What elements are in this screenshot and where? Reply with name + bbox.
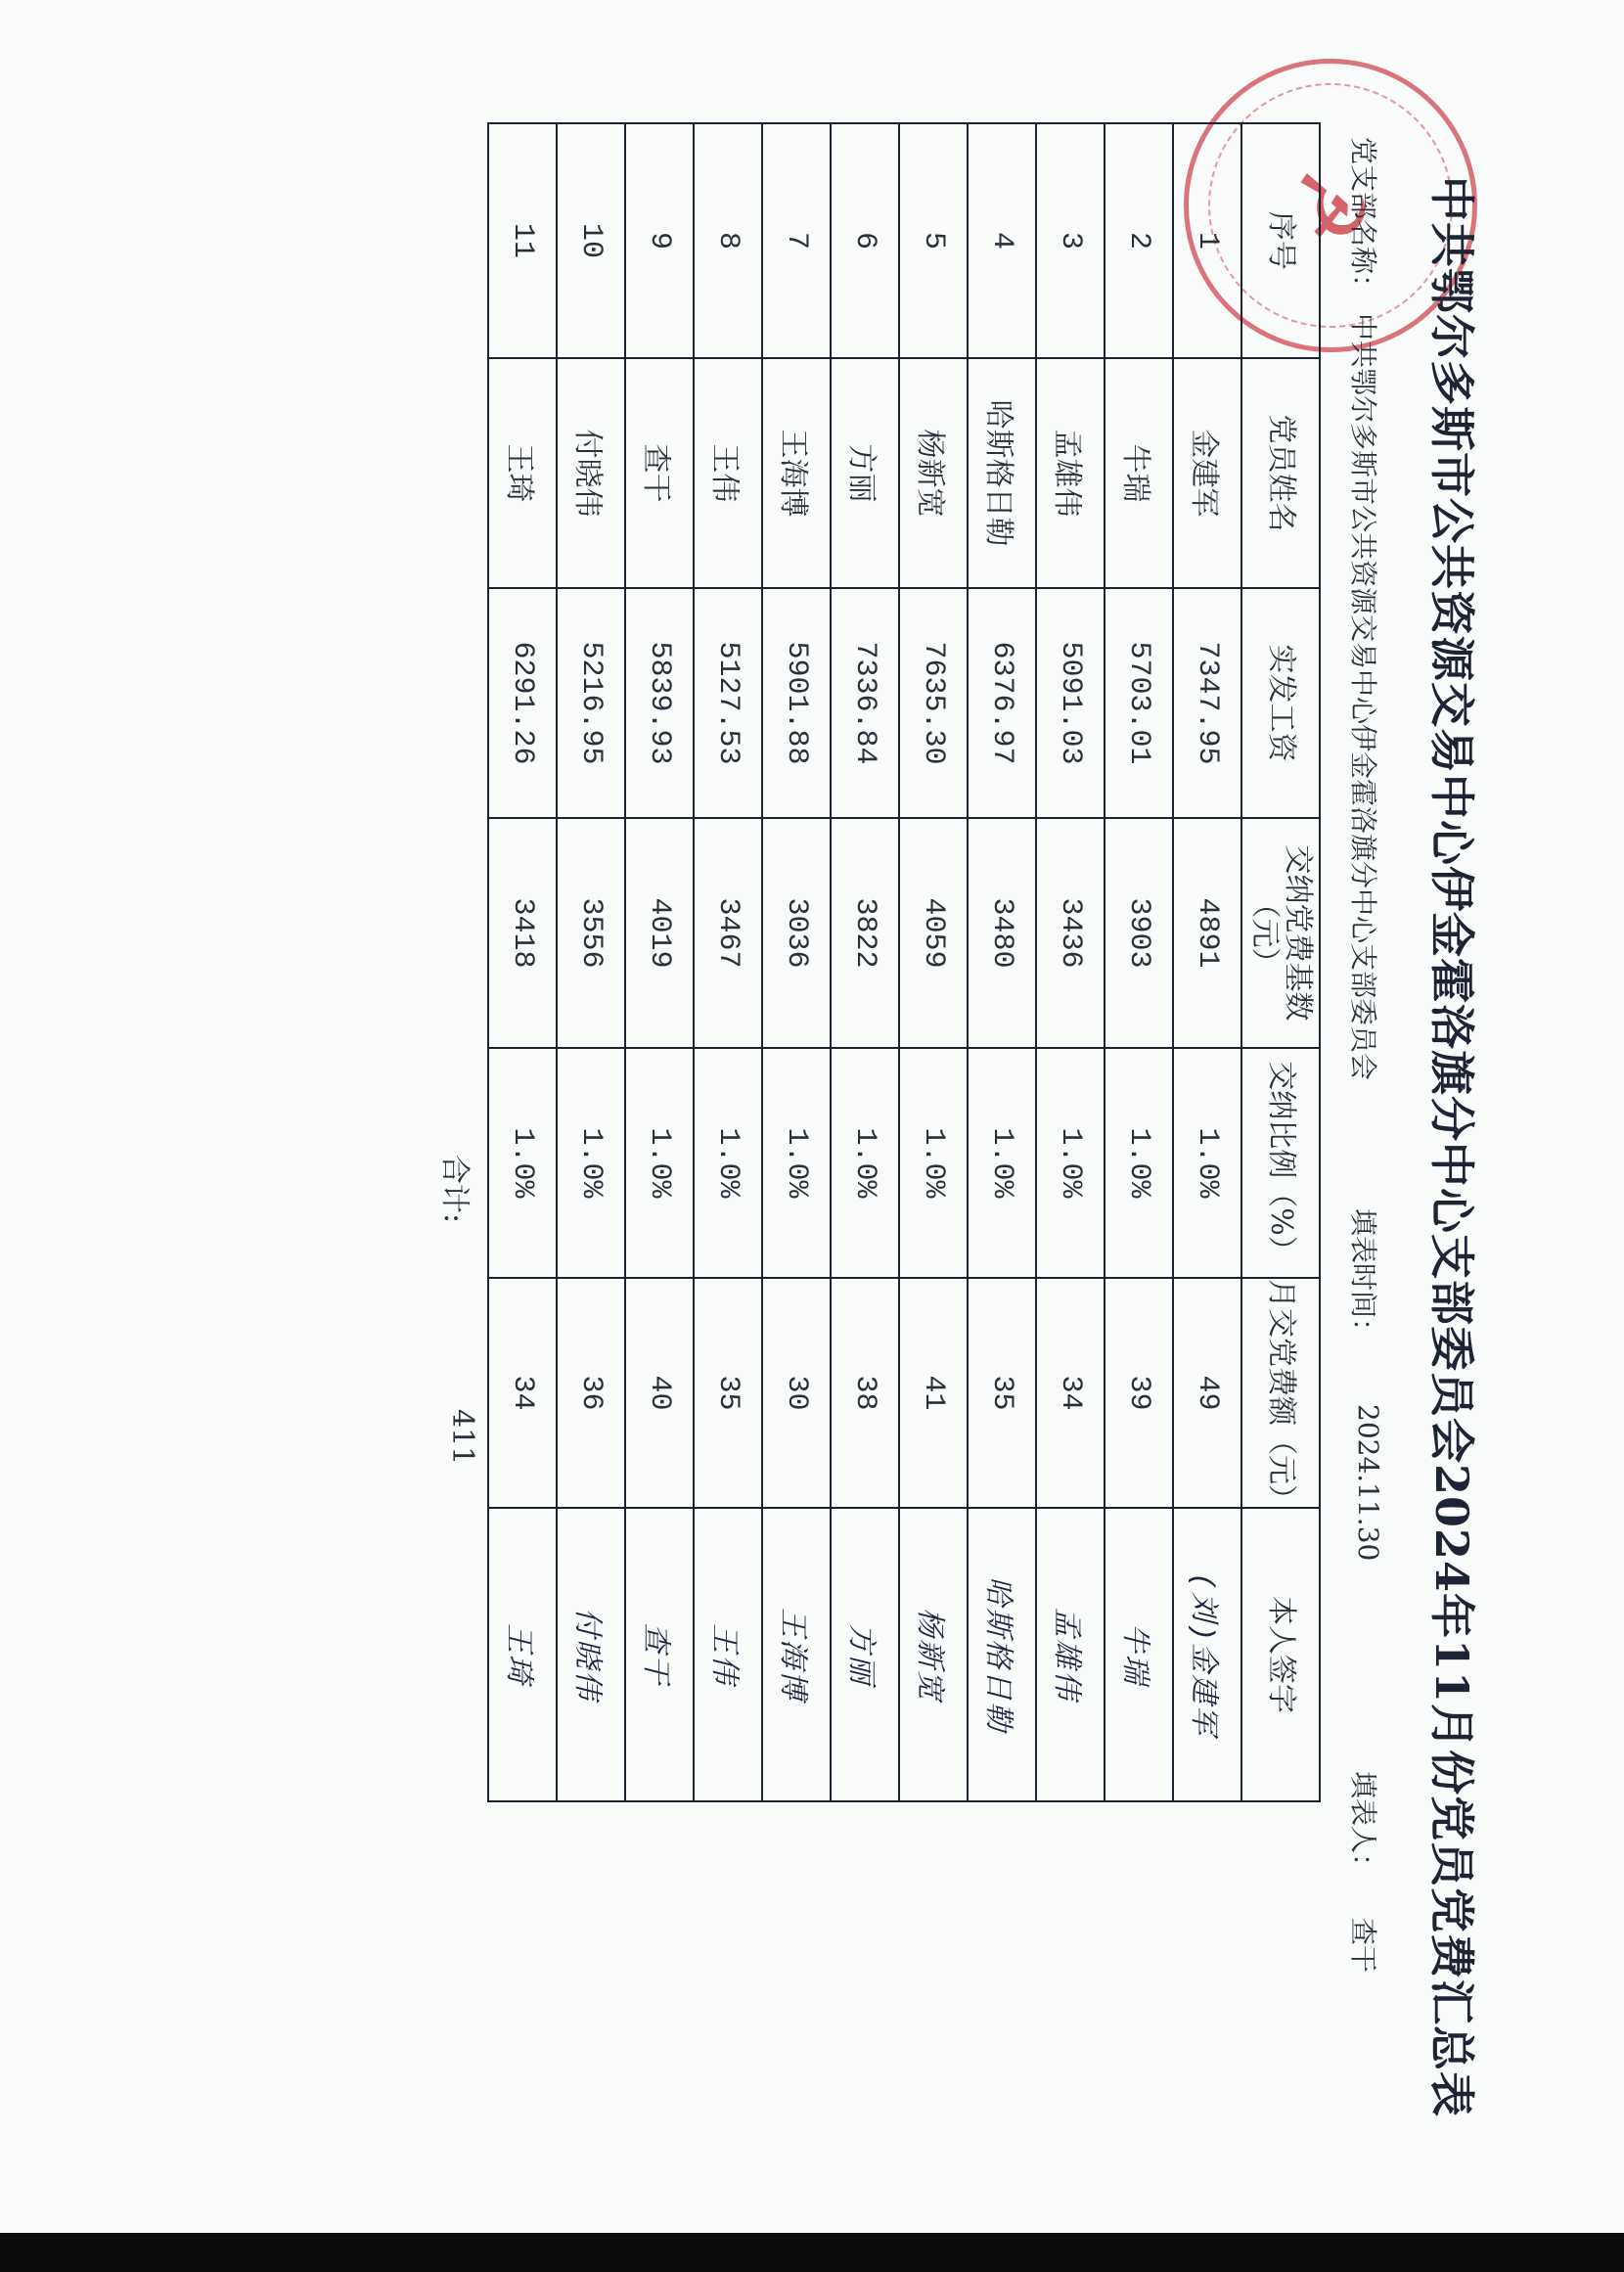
salary-cell: 5216.95	[557, 588, 625, 818]
header-base: 交纳党费基数（元）	[1241, 818, 1320, 1048]
signature-cell: 杨新宽	[899, 1508, 968, 1801]
fee-rate-cell: 1.0%	[694, 1048, 762, 1278]
row-number-cell: 7	[762, 123, 831, 358]
fill-date: 2024.11.30	[1352, 1404, 1384, 1561]
member-name-cell: 查干	[625, 358, 694, 588]
total-value: 411	[445, 1409, 479, 1465]
row-number-cell: 5	[899, 123, 968, 358]
party-fee-table: 序号 党员姓名 实发工资 交纳党费基数（元） 交纳比例（%） 月交党费额（元） …	[487, 122, 1321, 1802]
fee-base-cell: 3480	[968, 818, 1036, 1048]
member-name-cell: 王琦	[488, 358, 557, 588]
fee-base-cell: 3418	[488, 818, 557, 1048]
fee-rate-cell: 1.0%	[899, 1048, 968, 1278]
filler-name: 查干	[1345, 1918, 1384, 1973]
signature-cell: 牛瑞	[1105, 1508, 1173, 1801]
table-row: 9查干5839.9340191.0%40查干	[625, 123, 694, 1801]
fee-base-cell: 3467	[694, 818, 762, 1048]
scan-edge-band	[0, 2233, 1624, 2272]
signature-cell: 王伟	[694, 1508, 762, 1801]
member-name-cell: 付晓伟	[557, 358, 625, 588]
table-row: 1金建军7347.9548911.0%49(刘)金建军	[1173, 123, 1241, 1801]
salary-cell: 5703.01	[1105, 588, 1173, 818]
table-row: 2牛瑞5703.0139031.0%39牛瑞	[1105, 123, 1173, 1801]
salary-cell: 7347.95	[1173, 588, 1241, 818]
header-fee: 月交党费额（元）	[1241, 1278, 1320, 1508]
member-name-cell: 哈斯格日勒	[968, 358, 1036, 588]
table-row: 8王伟5127.5334671.0%35王伟	[694, 123, 762, 1801]
salary-cell: 5091.03	[1036, 588, 1105, 818]
fee-base-cell: 4019	[625, 818, 694, 1048]
signature-cell: 王琦	[488, 1508, 557, 1801]
table-row: 10付晓伟5216.9535561.0%36付晓伟	[557, 123, 625, 1801]
fill-date-label: 填表时间：	[1345, 1208, 1384, 1345]
monthly-fee-cell: 36	[557, 1278, 625, 1508]
fee-base-cell: 4059	[899, 818, 968, 1048]
signature-cell: 王海博	[762, 1508, 831, 1801]
row-number-cell: 6	[831, 123, 899, 358]
header-rate: 交纳比例（%）	[1241, 1048, 1320, 1278]
monthly-fee-cell: 41	[899, 1278, 968, 1508]
salary-cell: 5901.88	[762, 588, 831, 818]
row-number-cell: 10	[557, 123, 625, 358]
fee-rate-cell: 1.0%	[1036, 1048, 1105, 1278]
fee-rate-cell: 1.0%	[557, 1048, 625, 1278]
fee-rate-cell: 1.0%	[625, 1048, 694, 1278]
salary-cell: 6376.97	[968, 588, 1036, 818]
fee-rate-cell: 1.0%	[968, 1048, 1036, 1278]
monthly-fee-cell: 39	[1105, 1278, 1173, 1508]
fee-rate-cell: 1.0%	[1105, 1048, 1173, 1278]
header-salary: 实发工资	[1241, 588, 1320, 818]
signature-cell: 方丽	[831, 1508, 899, 1801]
fee-rate-cell: 1.0%	[831, 1048, 899, 1278]
table-row: 4哈斯格日勒6376.9734801.0%35哈斯格日勒	[968, 123, 1036, 1801]
monthly-fee-cell: 35	[968, 1278, 1036, 1508]
header-signature: 本人签字	[1241, 1508, 1320, 1801]
signature-cell: 哈斯格日勒	[968, 1508, 1036, 1801]
fee-base-cell: 3436	[1036, 818, 1105, 1048]
signature-cell: 查干	[625, 1508, 694, 1801]
fee-rate-cell: 1.0%	[488, 1048, 557, 1278]
table-header-row: 序号 党员姓名 实发工资 交纳党费基数（元） 交纳比例（%） 月交党费额（元） …	[1241, 123, 1320, 1801]
header-name: 党员姓名	[1241, 358, 1320, 588]
row-number-cell: 11	[488, 123, 557, 358]
row-number-cell: 1	[1173, 123, 1241, 358]
table-row: 11王琦6291.2634181.0%34王琦	[488, 123, 557, 1801]
monthly-fee-cell: 30	[762, 1278, 831, 1508]
branch-label: 党支部名称：	[1345, 137, 1384, 301]
member-name-cell: 金建军	[1173, 358, 1241, 588]
document-title: 中共鄂尔多斯市公共资源交易中心伊金霍洛旗分中心支部委员会2024年11月份党员党…	[1422, 176, 1487, 2035]
member-name-cell: 方丽	[831, 358, 899, 588]
row-number-cell: 8	[694, 123, 762, 358]
salary-cell: 7336.84	[831, 588, 899, 818]
table-row: 7王海博5901.8830361.0%30王海博	[762, 123, 831, 1801]
monthly-fee-cell: 40	[625, 1278, 694, 1508]
fee-base-cell: 3822	[831, 818, 899, 1048]
row-number-cell: 9	[625, 123, 694, 358]
member-name-cell: 孟雄伟	[1036, 358, 1105, 588]
member-name-cell: 牛瑞	[1105, 358, 1173, 588]
monthly-fee-cell: 34	[488, 1278, 557, 1508]
fee-base-cell: 3903	[1105, 818, 1173, 1048]
row-number-cell: 3	[1036, 123, 1105, 358]
row-number-cell: 4	[968, 123, 1036, 358]
rotated-document-page: ☭ 中共鄂尔多斯市公共资源交易中心伊金霍洛旗分中心支部委员会2024年11月份党…	[0, 0, 1624, 2272]
table-row: 3孟雄伟5091.0334361.0%34孟雄伟	[1036, 123, 1105, 1801]
salary-cell: 5127.53	[694, 588, 762, 818]
salary-cell: 5839.93	[625, 588, 694, 818]
member-name-cell: 王海博	[762, 358, 831, 588]
fee-base-cell: 4891	[1173, 818, 1241, 1048]
fee-base-cell: 3556	[557, 818, 625, 1048]
branch-name: 中共鄂尔多斯市公共资源交易中心伊金霍洛旗分中心支部委员会	[1345, 313, 1384, 1080]
fee-rate-cell: 1.0%	[762, 1048, 831, 1278]
member-name-cell: 杨新宽	[899, 358, 968, 588]
monthly-fee-cell: 49	[1173, 1278, 1241, 1508]
signature-cell: (刘)金建军	[1173, 1508, 1241, 1801]
filler-label: 填表人：	[1345, 1771, 1384, 1881]
signature-cell: 付晓伟	[557, 1508, 625, 1801]
fee-rate-cell: 1.0%	[1173, 1048, 1241, 1278]
row-number-cell: 2	[1105, 123, 1173, 358]
monthly-fee-cell: 38	[831, 1278, 899, 1508]
table-row: 5杨新宽7635.3040591.0%41杨新宽	[899, 123, 968, 1801]
fee-base-cell: 3036	[762, 818, 831, 1048]
salary-cell: 6291.26	[488, 588, 557, 818]
table-row: 6方丽7336.8438221.0%38方丽	[831, 123, 899, 1801]
monthly-fee-cell: 34	[1036, 1278, 1105, 1508]
monthly-fee-cell: 35	[694, 1278, 762, 1508]
header-no: 序号	[1241, 123, 1320, 358]
salary-cell: 7635.30	[899, 588, 968, 818]
member-name-cell: 王伟	[694, 358, 762, 588]
signature-cell: 孟雄伟	[1036, 1508, 1105, 1801]
total-label: 合计:	[436, 1155, 479, 1223]
